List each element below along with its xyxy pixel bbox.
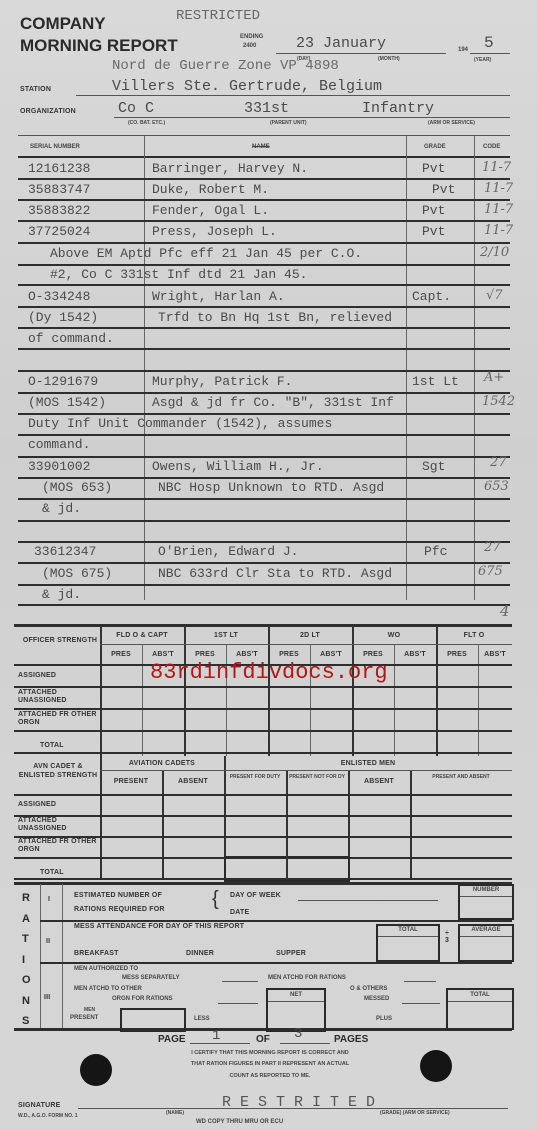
code-handwritten: √7 <box>486 288 503 303</box>
end-mark: 4 <box>500 602 510 620</box>
org-service-sublabel: (ARM OR SERVICE) <box>428 120 475 126</box>
sub-abst: ABS'T <box>394 651 436 658</box>
sub-pres: PRES <box>184 651 226 658</box>
row-attached-fr-other: ATTACHED FR OTHER ORGN <box>18 711 98 727</box>
org-parent: 331st <box>244 100 289 117</box>
men-atchd-other-label: MEN ATCHD TO OTHER <box>74 986 142 992</box>
restricted-stamp: RESTRICTED <box>176 8 260 24</box>
col-present-and-absent: PRESENT AND ABSENT <box>412 773 510 781</box>
men-label: MEN <box>84 1007 95 1013</box>
sub-pres: PRES <box>436 651 478 658</box>
grade: Capt. <box>412 289 451 304</box>
soldier-name: Duke, Robert M. <box>152 182 269 197</box>
soldier-name: Fender, Ogal L. <box>152 203 269 218</box>
ending-time: 2400 <box>243 43 256 49</box>
grade: Pvt <box>422 161 445 176</box>
location-line: Nord de Guerre Zone VP 4898 <box>112 58 339 74</box>
form-title-line1: COMPANY <box>20 14 106 34</box>
row-attached-fr-other: ATTACHED FR OTHER ORGN <box>18 838 98 854</box>
breakfast-label: BREAKFAST <box>74 950 119 957</box>
grade-sublabel: (GRADE) (ARM OR SERVICE) <box>380 1110 450 1116</box>
code-handwritten: 11-7 <box>484 202 513 217</box>
total-pages: 3 <box>294 1026 302 1042</box>
grade: Pvt <box>422 224 445 239</box>
row-total: TOTAL <box>40 742 64 749</box>
col-present-not-for-duty: PRESENT NOT FOR DY <box>288 773 346 781</box>
signature-label: SIGNATURE <box>18 1102 61 1109</box>
remark-line: Asgd & jd fr Co. "B", 331st Inf <box>152 395 394 410</box>
serial-number: O-1291679 <box>28 374 98 389</box>
officer-group-1st-lt: 1ST LT <box>184 632 268 639</box>
col-present: PRESENT <box>100 778 162 785</box>
page-number: 1 <box>212 1028 220 1044</box>
remark-line: Above EM Aptd Pfc eff 21 Jan 45 per C.O. <box>50 246 362 261</box>
org-parent-sublabel: (PARENT UNIT) <box>270 120 307 126</box>
officer-group-wo: WO <box>352 632 436 639</box>
estimated-number-label: ESTIMATED NUMBER OF <box>74 892 162 899</box>
date-label: DATE <box>230 909 249 916</box>
soldier-name: Press, Joseph L. <box>152 224 277 239</box>
col-present-for-duty: PRESENT FOR DUTY <box>226 773 284 781</box>
soldier-name: Owens, William H., Jr. <box>152 459 324 474</box>
col-serial-number: SERIAL NUMBER <box>30 144 80 150</box>
rations-required-label: RATIONS REQUIRED FOR <box>74 906 165 913</box>
remark-line: Trfd to Bn Hq 1st Bn, relieved <box>158 310 392 325</box>
section-i-numeral: I <box>48 896 50 903</box>
dinner-label: DINNER <box>186 950 214 957</box>
men-authorized-label: MEN AUTHORIZED TO <box>74 966 138 972</box>
grade: 1st Lt <box>412 374 459 389</box>
certify-line-1: I CERTIFY THAT THIS MORNING REPORT IS CO… <box>140 1050 400 1056</box>
mos-code: (MOS 675) <box>42 566 112 581</box>
station-value: Villers Ste. Gertrude, Belgium <box>112 78 382 95</box>
mos-code: (MOS 1542) <box>28 395 106 410</box>
ending-label: ENDING <box>240 34 263 40</box>
serial-number: 35883822 <box>28 203 90 218</box>
brace: { <box>212 888 219 911</box>
remark-line: & jd. <box>42 501 81 516</box>
officer-group-fld-capt: FLD O & CAPT <box>100 632 184 639</box>
serial-number: 35883747 <box>28 182 90 197</box>
remark-line: #2, Co C 331st Inf dtd 21 Jan 45. <box>50 267 307 282</box>
section-ii-numeral: II <box>46 938 50 945</box>
org-service: Infantry <box>362 100 434 117</box>
page-label: PAGE <box>158 1034 186 1045</box>
mess-separately-label: MESS SEPARATELY <box>122 975 180 981</box>
row-total: TOTAL <box>40 869 64 876</box>
soldier-name: Barringer, Harvey N. <box>152 161 308 176</box>
remark-line: command. <box>28 437 90 452</box>
certify-line-3: COUNT AS REPORTED TO ME. <box>140 1073 400 1079</box>
watermark: 83rdinfdivdocs.org <box>150 660 388 685</box>
remark-line: Duty Inf Unit Commander (1542), assumes <box>28 416 332 431</box>
mos-code: (MOS 653) <box>42 480 112 495</box>
year-prefix: 194 <box>458 47 468 53</box>
sub-pres: PRES <box>100 651 142 658</box>
sub-abst: ABS'T <box>478 651 512 658</box>
sub-pres: PRES <box>268 651 310 658</box>
code-handwritten: 2/10 <box>480 245 509 260</box>
mess-total-label: TOTAL <box>378 927 438 933</box>
sub-pres: PRES <box>352 651 394 658</box>
grade: Sgt <box>422 459 445 474</box>
row-attached-unassigned: ATTACHED UNASSIGNED <box>18 817 98 833</box>
messed-label: MESSED <box>364 996 389 1002</box>
grade: Pvt <box>422 203 445 218</box>
sub-abst: ABS'T <box>226 651 268 658</box>
sub-abst: ABS'T <box>310 651 352 658</box>
mess-attendance-label: MESS ATTENDANCE FOR DAY OF THIS REPORT <box>74 923 244 930</box>
code-handwritten: 653 <box>484 479 509 494</box>
men-atchd-rations-label: MEN ATCHD FOR RATIONS <box>268 975 346 981</box>
men-present-box[interactable] <box>120 1008 186 1032</box>
code-handwritten: 11-7 <box>484 181 513 196</box>
soldier-name: O'Brien, Edward J. <box>158 544 298 559</box>
code-handwritten: 675 <box>478 564 503 579</box>
grade: Pfc <box>424 544 447 559</box>
present-label: PRESENT <box>70 1015 98 1021</box>
soldier-name: Wright, Harlan A. <box>152 289 285 304</box>
code-handwritten: 11-7 <box>482 160 511 175</box>
remark-line: & jd. <box>42 587 81 602</box>
orgn-for-rations-label: ORGN FOR RATIONS <box>112 996 173 1002</box>
remark-line: NBC Hosp Unknown to RTD. Asgd <box>158 480 384 495</box>
copy-note: WD COPY THRU MRU OR ECU <box>196 1119 283 1125</box>
remark-line: of command. <box>28 331 114 346</box>
officer-group-2d-lt: 2D LT <box>268 632 352 639</box>
form-title-line2: MORNING REPORT <box>20 36 178 56</box>
remark-line: NBC 633rd Clr Sta to RTD. Asgd <box>158 566 392 581</box>
year-sublabel: (YEAR) <box>474 57 491 63</box>
station-label: STATION <box>20 86 51 93</box>
grade: Pvt <box>432 182 455 197</box>
code-handwritten: 1542 <box>482 394 515 409</box>
report-date: 23 January <box>296 35 386 52</box>
number-box-label: NUMBER <box>460 887 512 893</box>
row-assigned: ASSIGNED <box>18 801 56 808</box>
row-attached-unassigned: ATTACHED UNASSIGNED <box>18 689 98 705</box>
section-iii-numeral: III <box>44 994 50 1001</box>
binder-hole-right <box>420 1050 452 1082</box>
certify-line-2: THAT RATION FIGURES IN PART II REPRESENT… <box>140 1061 400 1067</box>
rations-side-label: RATIONS <box>22 888 34 1032</box>
serial-number: 12161238 <box>28 161 90 176</box>
plus-label: PLUS <box>376 1016 392 1022</box>
binder-hole-left <box>80 1054 112 1086</box>
group-enlisted-men: ENLISTED MEN <box>224 760 512 767</box>
organization-label: ORGANIZATION <box>20 108 76 115</box>
morning-report-form: COMPANY MORNING REPORT RESTRICTED ENDING… <box>0 0 537 1130</box>
day-of-week-label: DAY OF WEEK <box>230 892 281 899</box>
divide-by-three: ÷ 3 <box>442 930 452 944</box>
row-assigned: ASSIGNED <box>18 672 56 679</box>
code-handwritten: 11-7 <box>484 223 513 238</box>
soldier-name: Murphy, Patrick F. <box>152 374 292 389</box>
duty-code: (Dy 1542) <box>28 310 98 325</box>
col-code: CODE <box>483 144 500 150</box>
col-absent-em: ABSENT <box>348 778 410 785</box>
month-sublabel: (MONTH) <box>378 56 400 62</box>
col-absent: ABSENT <box>162 778 224 785</box>
serial-number: 37725024 <box>28 224 90 239</box>
serial-number: O-334248 <box>28 289 90 304</box>
serial-number: 33901002 <box>28 459 90 474</box>
code-handwritten: A+ <box>484 370 504 385</box>
group-aviation-cadets: AVIATION CADETS <box>100 760 224 767</box>
pages-label: PAGES <box>334 1034 368 1045</box>
of-label: OF <box>256 1034 270 1045</box>
serial-number: 33612347 <box>34 544 96 559</box>
rations-total-label: TOTAL <box>448 992 512 998</box>
others-label: O & OTHERS <box>350 986 387 992</box>
col-name: NAME <box>252 144 270 150</box>
year-value: 5 <box>484 34 494 52</box>
code-handwritten: 27 <box>484 540 501 555</box>
restricted-stamp-footer: RESTRITED <box>222 1094 384 1111</box>
supper-label: SUPPER <box>276 950 306 957</box>
code-handwritten: 27 <box>490 455 507 470</box>
net-label: NET <box>268 992 324 998</box>
org-unit-sublabel: (CO. BAT. ETC.) <box>128 120 165 126</box>
col-grade: GRADE <box>424 144 446 150</box>
officer-group-flt-o: FLT O <box>436 632 512 639</box>
enlisted-strength-title: AVN CADET & ENLISTED STRENGTH <box>18 762 98 780</box>
org-unit: Co C <box>118 100 154 117</box>
less-label: LESS <box>194 1016 210 1022</box>
average-label: AVERAGE <box>460 927 512 933</box>
officer-strength-title: OFFICER STRENGTH <box>20 636 100 645</box>
sub-abst: ABS'T <box>142 651 184 658</box>
name-sublabel: (NAME) <box>166 1110 184 1116</box>
form-number: W.D., A.G.O. FORM NO. 1 <box>18 1113 78 1119</box>
